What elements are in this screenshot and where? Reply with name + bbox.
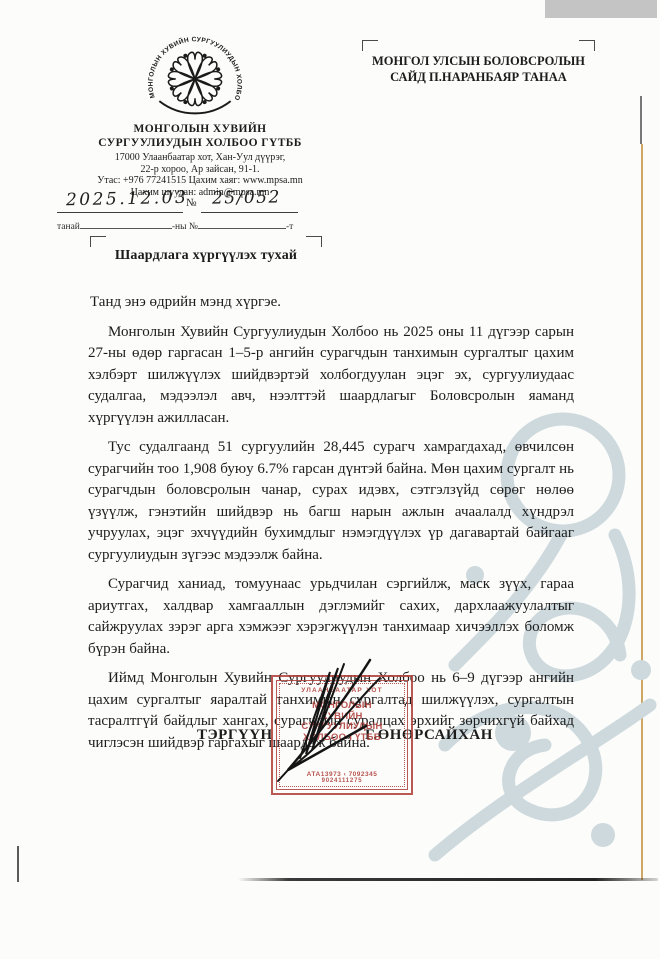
scanned-letter-page: МОНГОЛЫН ХУВИЙН СУРГУУЛИУДЫН ХОЛБОО М: [0, 0, 660, 959]
your-ref-blank1: [80, 219, 172, 229]
paragraph-2: Тус судалгаанд 51 сургуулийн 28,445 сура…: [88, 437, 574, 566]
your-ref-label: танай: [57, 222, 80, 232]
letterhead-block: МОНГОЛЫН ХУВИЙН СУРГУУЛИУДЫН ХОЛБОО ГҮТБ…: [50, 123, 350, 198]
greeting-line: Танд энэ өдрийн мэнд хүргэе.: [88, 292, 574, 314]
subject-line: Шаардлага хүргүүлэх тухай: [90, 236, 322, 264]
handwritten-ref-number: 25/052: [212, 187, 281, 208]
corner-mark-top-left: [90, 236, 106, 247]
association-logo: МОНГОЛЫН ХУВИЙН СУРГУУЛИУДЫН ХОЛБОО: [142, 24, 248, 130]
page-edge-bottom: [238, 878, 658, 881]
paragraph-1: Монголын Хувийн Сургуулиудын Холбоо нь 2…: [88, 322, 574, 430]
org-name-line1: МОНГОЛЫН ХУВИЙН: [50, 123, 350, 137]
your-ref-end: -т: [286, 222, 293, 232]
org-address-line1: 17000 Улаанбаатар хот, Хан-Уул дүүрэг,: [50, 152, 350, 164]
page-edge-right-dark: [640, 96, 642, 144]
handwritten-date: 2025.12.03: [66, 188, 189, 211]
corner-mark-top-left: [362, 40, 378, 51]
org-address-line2: 22-р хороо, Ар зайсан, 91-1.: [50, 164, 350, 176]
corner-mark-top-right: [306, 236, 322, 247]
date-underline: [57, 212, 183, 213]
org-name-line2: СУРГУУЛИУДЫН ХОЛБОО ГҮТББ: [50, 137, 350, 151]
recipient-line2: САЙД П.НАРАНБАЯР ТАНАА: [362, 70, 595, 86]
subject-block: Шаардлага хүргүүлэх тухай: [90, 236, 322, 278]
svg-text:МОНГОЛЫН ХУВИЙН СУРГУУЛИУДЫН Х: МОНГОЛЫН ХУВИЙН СУРГУУЛИУДЫН ХОЛБОО: [142, 24, 242, 101]
logo-ring-text: МОНГОЛЫН ХУВИЙН СУРГУУЛИУДЫН ХОЛБОО: [142, 24, 242, 101]
corner-mark-top-right: [579, 40, 595, 51]
number-sign: №: [186, 197, 197, 209]
your-ref-mid: -ны №: [172, 222, 198, 232]
incoming-ref-line: танай-ны №-т: [57, 219, 293, 232]
recipient-block: МОНГОЛ УЛСЫН БОЛОВСРОЛЫН САЙД П.НАРАНБАЯ…: [362, 40, 595, 102]
recipient-line1: МОНГОЛ УЛСЫН БОЛОВСРОЛЫН: [362, 54, 595, 70]
paragraph-3: Сурагчид ханиад, томуунаас урьдчилан сэр…: [88, 574, 574, 660]
your-ref-blank2: [198, 219, 286, 229]
number-underline: [201, 212, 298, 213]
logo-flower: [168, 52, 221, 105]
handwritten-signature: [248, 650, 423, 805]
scan-artifact-top-right: [545, 0, 657, 18]
page-edge-left: [17, 846, 19, 882]
org-phone-web: Утас: +976 77241515 Цахим хаяг: www.mpsa…: [50, 175, 350, 187]
